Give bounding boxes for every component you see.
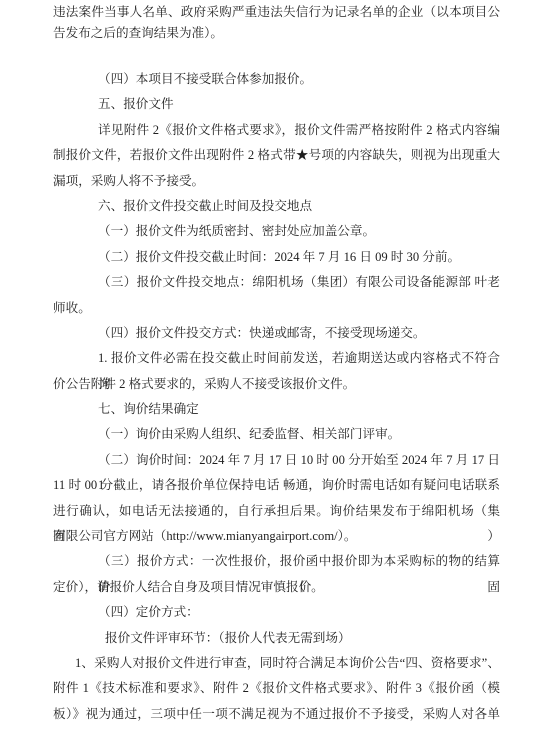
- doc-line: 1. 报价文件必需在投交截止时间前发送，若逾期送达或内容格式不符合询: [53, 346, 500, 371]
- doc-line: 漏项，采购人将不予接受。: [53, 169, 500, 194]
- doc-line: （三）报价文件投交地点：绵阳机场（集团）有限公司设备能源部 叶老: [53, 270, 500, 295]
- doc-line: （二）报价文件投交截止时间：2024 年 7 月 16 日 09 时 30 分前…: [53, 245, 500, 270]
- section-heading: 五、报价文件: [53, 92, 500, 117]
- doc-line: 板）》视为通过，三项中任一项不满足视为不通过报价不予接受，采购人对各单: [53, 702, 500, 727]
- doc-line: 进行确认，如电话无法接通的，自行承担后果。询价结果发布于绵阳机场（集团）: [53, 499, 500, 524]
- doc-line: 制报价文件，若报价文件出现附件 2 格式带★号项的内容缺失，则视为出现重大: [53, 143, 500, 168]
- doc-line: 违法案件当事人名单、政府采购严重违法失信行为记录名单的企业（以本项目公: [53, 2, 500, 23]
- doc-line: 师收。: [53, 296, 500, 321]
- paragraph-gap: [53, 44, 500, 67]
- doc-line: （一）报价文件为纸质密封、密封处应加盖公章。: [53, 219, 500, 244]
- doc-line: 1、采购人对报价文件进行审查，同时符合满足本询价公告“四、资格要求”、: [53, 651, 500, 676]
- section-heading: 七、询价结果确定: [53, 397, 500, 422]
- doc-line: 附件 1《技术标准和要求》、附件 2《报价文件格式要求》、附件 3《报价函（模: [53, 676, 500, 701]
- doc-line: （二）询价时间：2024 年 7 月 17 日 10 时 00 分开始至 202…: [53, 448, 500, 473]
- doc-line: （四）报价文件投交方式：快递或邮寄，不接受现场递交。: [53, 321, 500, 346]
- doc-line: 告发布之后的查询结果为准）。: [53, 23, 500, 44]
- doc-line: 详见附件 2《报价文件格式要求》，报价文件需严格按附件 2 格式内容编: [53, 118, 500, 143]
- doc-line: （三）报价方式：一次性报价，报价函中报价即为本采购标的物的结算价（固: [53, 549, 500, 574]
- doc-line: 价公告附件 2 格式要求的，采购人不接受该报价文件。: [53, 372, 500, 397]
- doc-line: （一）询价由采购人组织、纪委监督、相关部门评审。: [53, 422, 500, 447]
- doc-line: （四）本项目不接受联合体参加报价。: [53, 67, 500, 92]
- doc-line: 报价文件评审环节：（报价人代表无需到场）: [53, 626, 500, 651]
- section-heading: 六、报价文件投交截止时间及投交地点: [53, 194, 500, 219]
- document-page: 违法案件当事人名单、政府采购严重违法失信行为记录名单的企业（以本项目公 告发布之…: [0, 0, 550, 733]
- doc-line: （四）定价方式：: [53, 600, 500, 625]
- doc-line: 11 时 00 分截止，请各报价单位保持电话 畅通，询价时需电话如有疑问电话联系: [53, 473, 500, 498]
